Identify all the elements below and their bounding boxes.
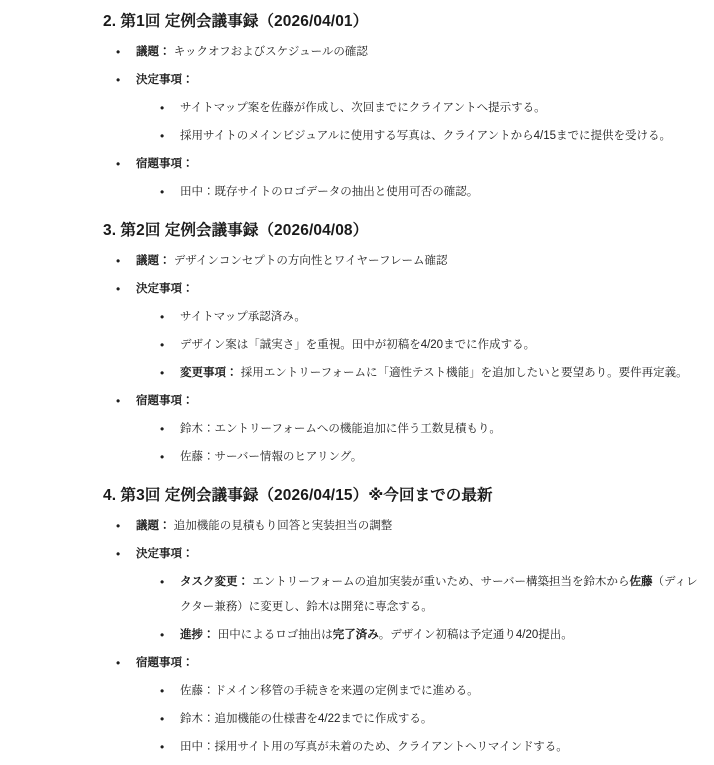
- list-item: 田中：採用サイト用の写真が未着のため、クライアントへリマインドする。: [103, 735, 700, 760]
- section-meeting-2: 3. 第2回 定例会議事録（2026/04/08） 議題： デザインコンセプトの…: [103, 219, 700, 470]
- list-item: 進捗： 田中によるロゴ抽出は完了済み。デザイン初稿は予定通り4/20提出。: [103, 623, 700, 648]
- item-text-emphasis: 佐藤: [630, 576, 653, 588]
- item-text: サイトマップ案を佐藤が作成し、次回までにクライアントへ提示する。: [180, 102, 546, 114]
- list-item: 鈴木：追加機能の仕様書を4/22までに作成する。: [103, 707, 700, 732]
- item-text: 鈴木：追加機能の仕様書を4/22までに作成する。: [180, 713, 432, 725]
- section-meeting-3: 4. 第3回 定例会議事録（2026/04/15）※今回までの最新 議題： 追加…: [103, 484, 700, 760]
- item-text: キックオフおよびスケジュールの確認: [171, 46, 368, 58]
- section-heading: 3. 第2回 定例会議事録（2026/04/08）: [103, 219, 700, 243]
- item-text: 鈴木：エントリーフォームへの機能追加に伴う工数見積もり。: [180, 423, 501, 435]
- list-item: 佐藤：ドメイン移管の手続きを来週の定例までに進める。: [103, 679, 700, 704]
- item-text: デザインコンセプトの方向性とワイヤーフレーム確認: [171, 255, 448, 267]
- item-text: 。デザイン初稿は予定通り4/20提出。: [379, 629, 573, 641]
- section-list: 議題： 追加機能の見積もり回答と実装担当の調整 決定事項： タスク変更： エント…: [103, 514, 700, 760]
- list-item: 議題： キックオフおよびスケジュールの確認: [103, 40, 700, 65]
- list-item: 宿題事項：: [103, 389, 700, 414]
- item-text: 田中：既存サイトのロゴデータの抽出と使用可否の確認。: [180, 186, 478, 198]
- list-item: 議題： デザインコンセプトの方向性とワイヤーフレーム確認: [103, 249, 700, 274]
- item-label: 決定事項：: [136, 283, 194, 295]
- item-label: 決定事項：: [136, 74, 194, 86]
- item-text: 田中によるロゴ抽出は: [215, 629, 333, 641]
- item-text: デザイン案は「誠実さ」を重視。田中が初稿を4/20までに作成する。: [180, 339, 535, 351]
- list-item: 議題： 追加機能の見積もり回答と実装担当の調整: [103, 514, 700, 539]
- item-label: 宿題事項：: [136, 158, 194, 170]
- list-item: 鈴木：エントリーフォームへの機能追加に伴う工数見積もり。: [103, 417, 700, 442]
- item-text: 佐藤：ドメイン移管の手続きを来週の定例までに進める。: [180, 685, 479, 697]
- item-label: 進捗：: [180, 629, 215, 641]
- item-label: 議題：: [136, 255, 171, 267]
- item-label: タスク変更：: [180, 576, 249, 588]
- item-text: 田中：採用サイト用の写真が未着のため、クライアントへリマインドする。: [180, 741, 568, 753]
- document: 2. 第1回 定例会議事録（2026/04/01） 議題： キックオフおよびスケ…: [0, 0, 714, 760]
- section-heading: 2. 第1回 定例会議事録（2026/04/01）: [103, 10, 700, 34]
- item-text: サイトマップ承認済み。: [180, 311, 306, 323]
- section-list: 議題： キックオフおよびスケジュールの確認 決定事項： サイトマップ案を佐藤が作…: [103, 40, 700, 205]
- item-text: 追加機能の見積もり回答と実装担当の調整: [171, 520, 393, 532]
- list-item: 決定事項：: [103, 277, 700, 302]
- list-item: 佐藤：サーバー情報のヒアリング。: [103, 445, 700, 470]
- item-label: 宿題事項：: [136, 395, 194, 407]
- list-item: サイトマップ承認済み。: [103, 305, 700, 330]
- item-text: エントリーフォームの追加実装が重いため、サーバー構築担当を鈴木から: [249, 576, 630, 588]
- section-list: 議題： デザインコンセプトの方向性とワイヤーフレーム確認 決定事項： サイトマッ…: [103, 249, 700, 470]
- item-label: 議題：: [136, 520, 171, 532]
- list-item: 変更事項： 採用エントリーフォームに「適性テスト機能」を追加したいと要望あり。要…: [103, 361, 700, 386]
- item-text-emphasis: 完了済み: [333, 629, 379, 641]
- item-label: 決定事項：: [136, 548, 194, 560]
- list-item: 宿題事項：: [103, 152, 700, 177]
- list-item: タスク変更： エントリーフォームの追加実装が重いため、サーバー構築担当を鈴木から…: [103, 570, 700, 620]
- item-text: 佐藤：サーバー情報のヒアリング。: [180, 451, 362, 463]
- section-heading: 4. 第3回 定例会議事録（2026/04/15）※今回までの最新: [103, 484, 700, 508]
- list-item: 決定事項：: [103, 68, 700, 93]
- item-label: 宿題事項：: [136, 657, 194, 669]
- item-text: 採用エントリーフォームに「適性テスト機能」を追加したいと要望あり。要件再定義。: [238, 367, 688, 379]
- section-meeting-1: 2. 第1回 定例会議事録（2026/04/01） 議題： キックオフおよびスケ…: [103, 10, 700, 205]
- item-label: 変更事項：: [180, 367, 238, 379]
- list-item: 採用サイトのメインビジュアルに使用する写真は、クライアントから4/15までに提供…: [103, 124, 700, 149]
- list-item: 田中：既存サイトのロゴデータの抽出と使用可否の確認。: [103, 180, 700, 205]
- list-item: サイトマップ案を佐藤が作成し、次回までにクライアントへ提示する。: [103, 96, 700, 121]
- list-item: 決定事項：: [103, 542, 700, 567]
- list-item: デザイン案は「誠実さ」を重視。田中が初稿を4/20までに作成する。: [103, 333, 700, 358]
- item-label: 議題：: [136, 46, 171, 58]
- item-text: 採用サイトのメインビジュアルに使用する写真は、クライアントから4/15までに提供…: [180, 130, 671, 142]
- list-item: 宿題事項：: [103, 651, 700, 676]
